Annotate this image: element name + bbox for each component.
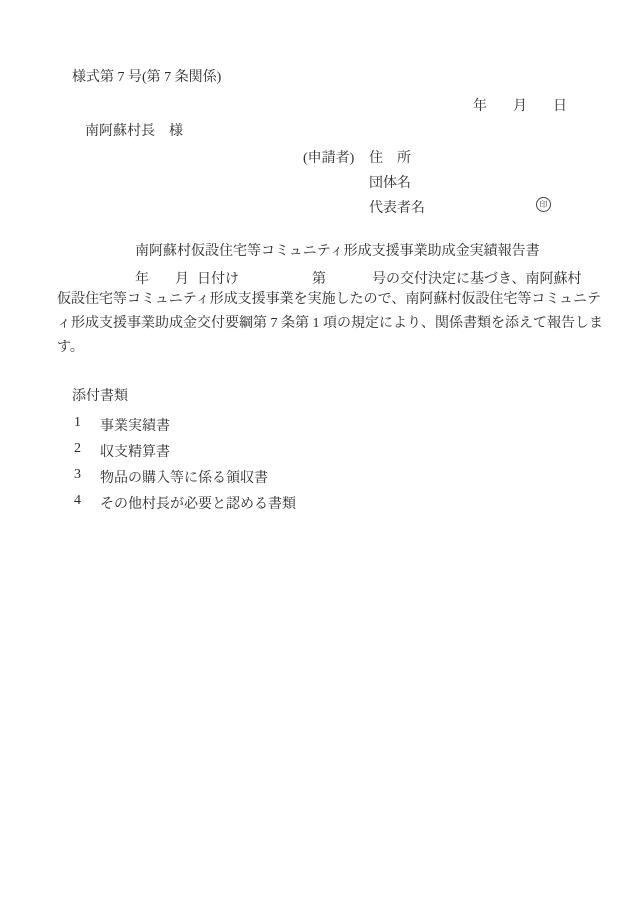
form-number: 様式第 7 号(第 7 条関係)	[72, 70, 221, 86]
date-line: 年 月 日	[473, 95, 567, 115]
document-page: 様式第 7 号(第 7 条関係) 年 月 日 南阿蘇村長 様 (申請者) 住 所…	[0, 0, 630, 915]
applicant-label: (申請者)	[303, 147, 354, 167]
list-item-label: 収支精算書	[100, 441, 170, 461]
list-item-number: 2	[74, 441, 81, 457]
date-day-label: 日	[553, 95, 567, 115]
list-item-label: 事業実績書	[100, 415, 170, 435]
body-line1-dated: 日付け	[197, 268, 239, 288]
applicant-address-label: 住 所	[369, 147, 411, 167]
list-item-number: 1	[74, 415, 81, 431]
body-line1-rest: 号の交付決定に基づき、南阿蘇村	[372, 268, 581, 288]
document-title: 南阿蘇村仮設住宅等コミュニティ形成支援事業助成金実績報告書	[135, 244, 540, 260]
body-line2: 仮設住宅等コミュニティ形成支援事業を実施したので、南阿蘇村仮設住宅等コミュニテ	[57, 292, 601, 308]
body-line1-year: 年	[135, 268, 149, 288]
list-item-number: 3	[74, 467, 81, 483]
body-line4: す。	[57, 340, 84, 356]
body-line1-month: 月	[175, 268, 189, 288]
list-item-label: 物品の購入等に係る領収書	[100, 467, 268, 487]
list-item-label: その他村長が必要と認める書類	[100, 493, 296, 513]
body-line3: ィ形成支援事業助成金交付要綱第 7 条第 1 項の規定により、関係書類を添えて報…	[57, 316, 603, 332]
list-item-number: 4	[74, 493, 81, 509]
applicant-representative-label: 代表者名	[369, 197, 425, 217]
seal-mark-icon: 印	[536, 197, 551, 212]
date-year-label: 年	[473, 95, 487, 115]
body-line1-no-prefix: 第	[312, 268, 326, 288]
addressee: 南阿蘇村長 様	[85, 124, 183, 140]
applicant-group-name-label: 団体名	[369, 172, 411, 192]
attachments-heading: 添付書類	[72, 389, 128, 405]
date-month-label: 月	[513, 95, 527, 115]
